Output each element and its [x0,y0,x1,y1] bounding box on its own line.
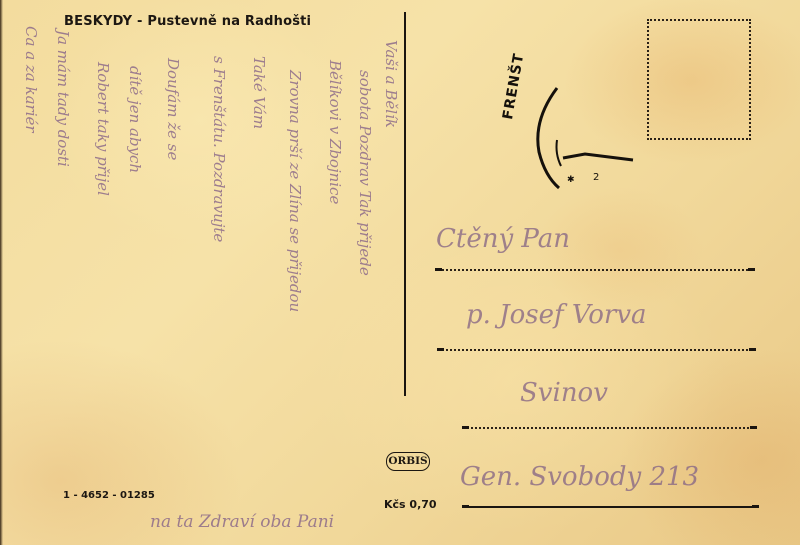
message-line: s Frenštátu. Pozdravujte [211,56,226,242]
postmark-stamp-icon: ✱ 2 [525,80,645,190]
message-line: Bělíkovi v Zbojnice [327,60,342,204]
postcard-title: BESKYDY - Pustevně na Radhošti [64,14,311,29]
address-rule-3 [462,427,757,429]
message-footer: na ta Zdraví oba Pani [150,512,334,532]
price-label: Kčs 0,70 [384,498,437,511]
address-line-4: Gen. Svobody 213 [460,462,699,492]
message-line: Robert taky přijel [95,62,110,196]
message-line: Ca a za kariér [23,26,38,133]
message-line: dítě jen abych [127,66,142,173]
address-line-2: p. Josef Vorva [466,300,647,330]
message-line: Vaši a Bělík [383,40,398,128]
publisher-logo: ORBIS [386,452,430,471]
message-line: sobota Pozdrav Tak přijede [357,70,372,276]
address-line-1: Ctěný Pan [436,224,570,254]
center-divider-line [404,12,406,396]
message-line: Také Vám [251,56,266,129]
svg-text:✱: ✱ [567,175,575,185]
stamp-placeholder-box [647,19,751,140]
message-line: Zrovna prší ze Zlína se přijedou [287,70,302,312]
svg-text:2: 2 [593,172,599,183]
address-rule-2 [437,349,756,351]
catalog-number: 1 - 4652 - 01285 [63,490,155,501]
postcard-back: BESKYDY - Pustevně na Radhošti ✱ 2 FRENŠ… [0,0,800,545]
address-rule-4 [462,506,759,508]
address-line-3: Svinov [520,378,608,408]
message-line: Doufám že se [165,58,180,160]
address-rule-1 [435,269,755,271]
postmark-text: FRENŠT [500,52,527,121]
message-line: Ja mám tady dosti [55,30,70,167]
